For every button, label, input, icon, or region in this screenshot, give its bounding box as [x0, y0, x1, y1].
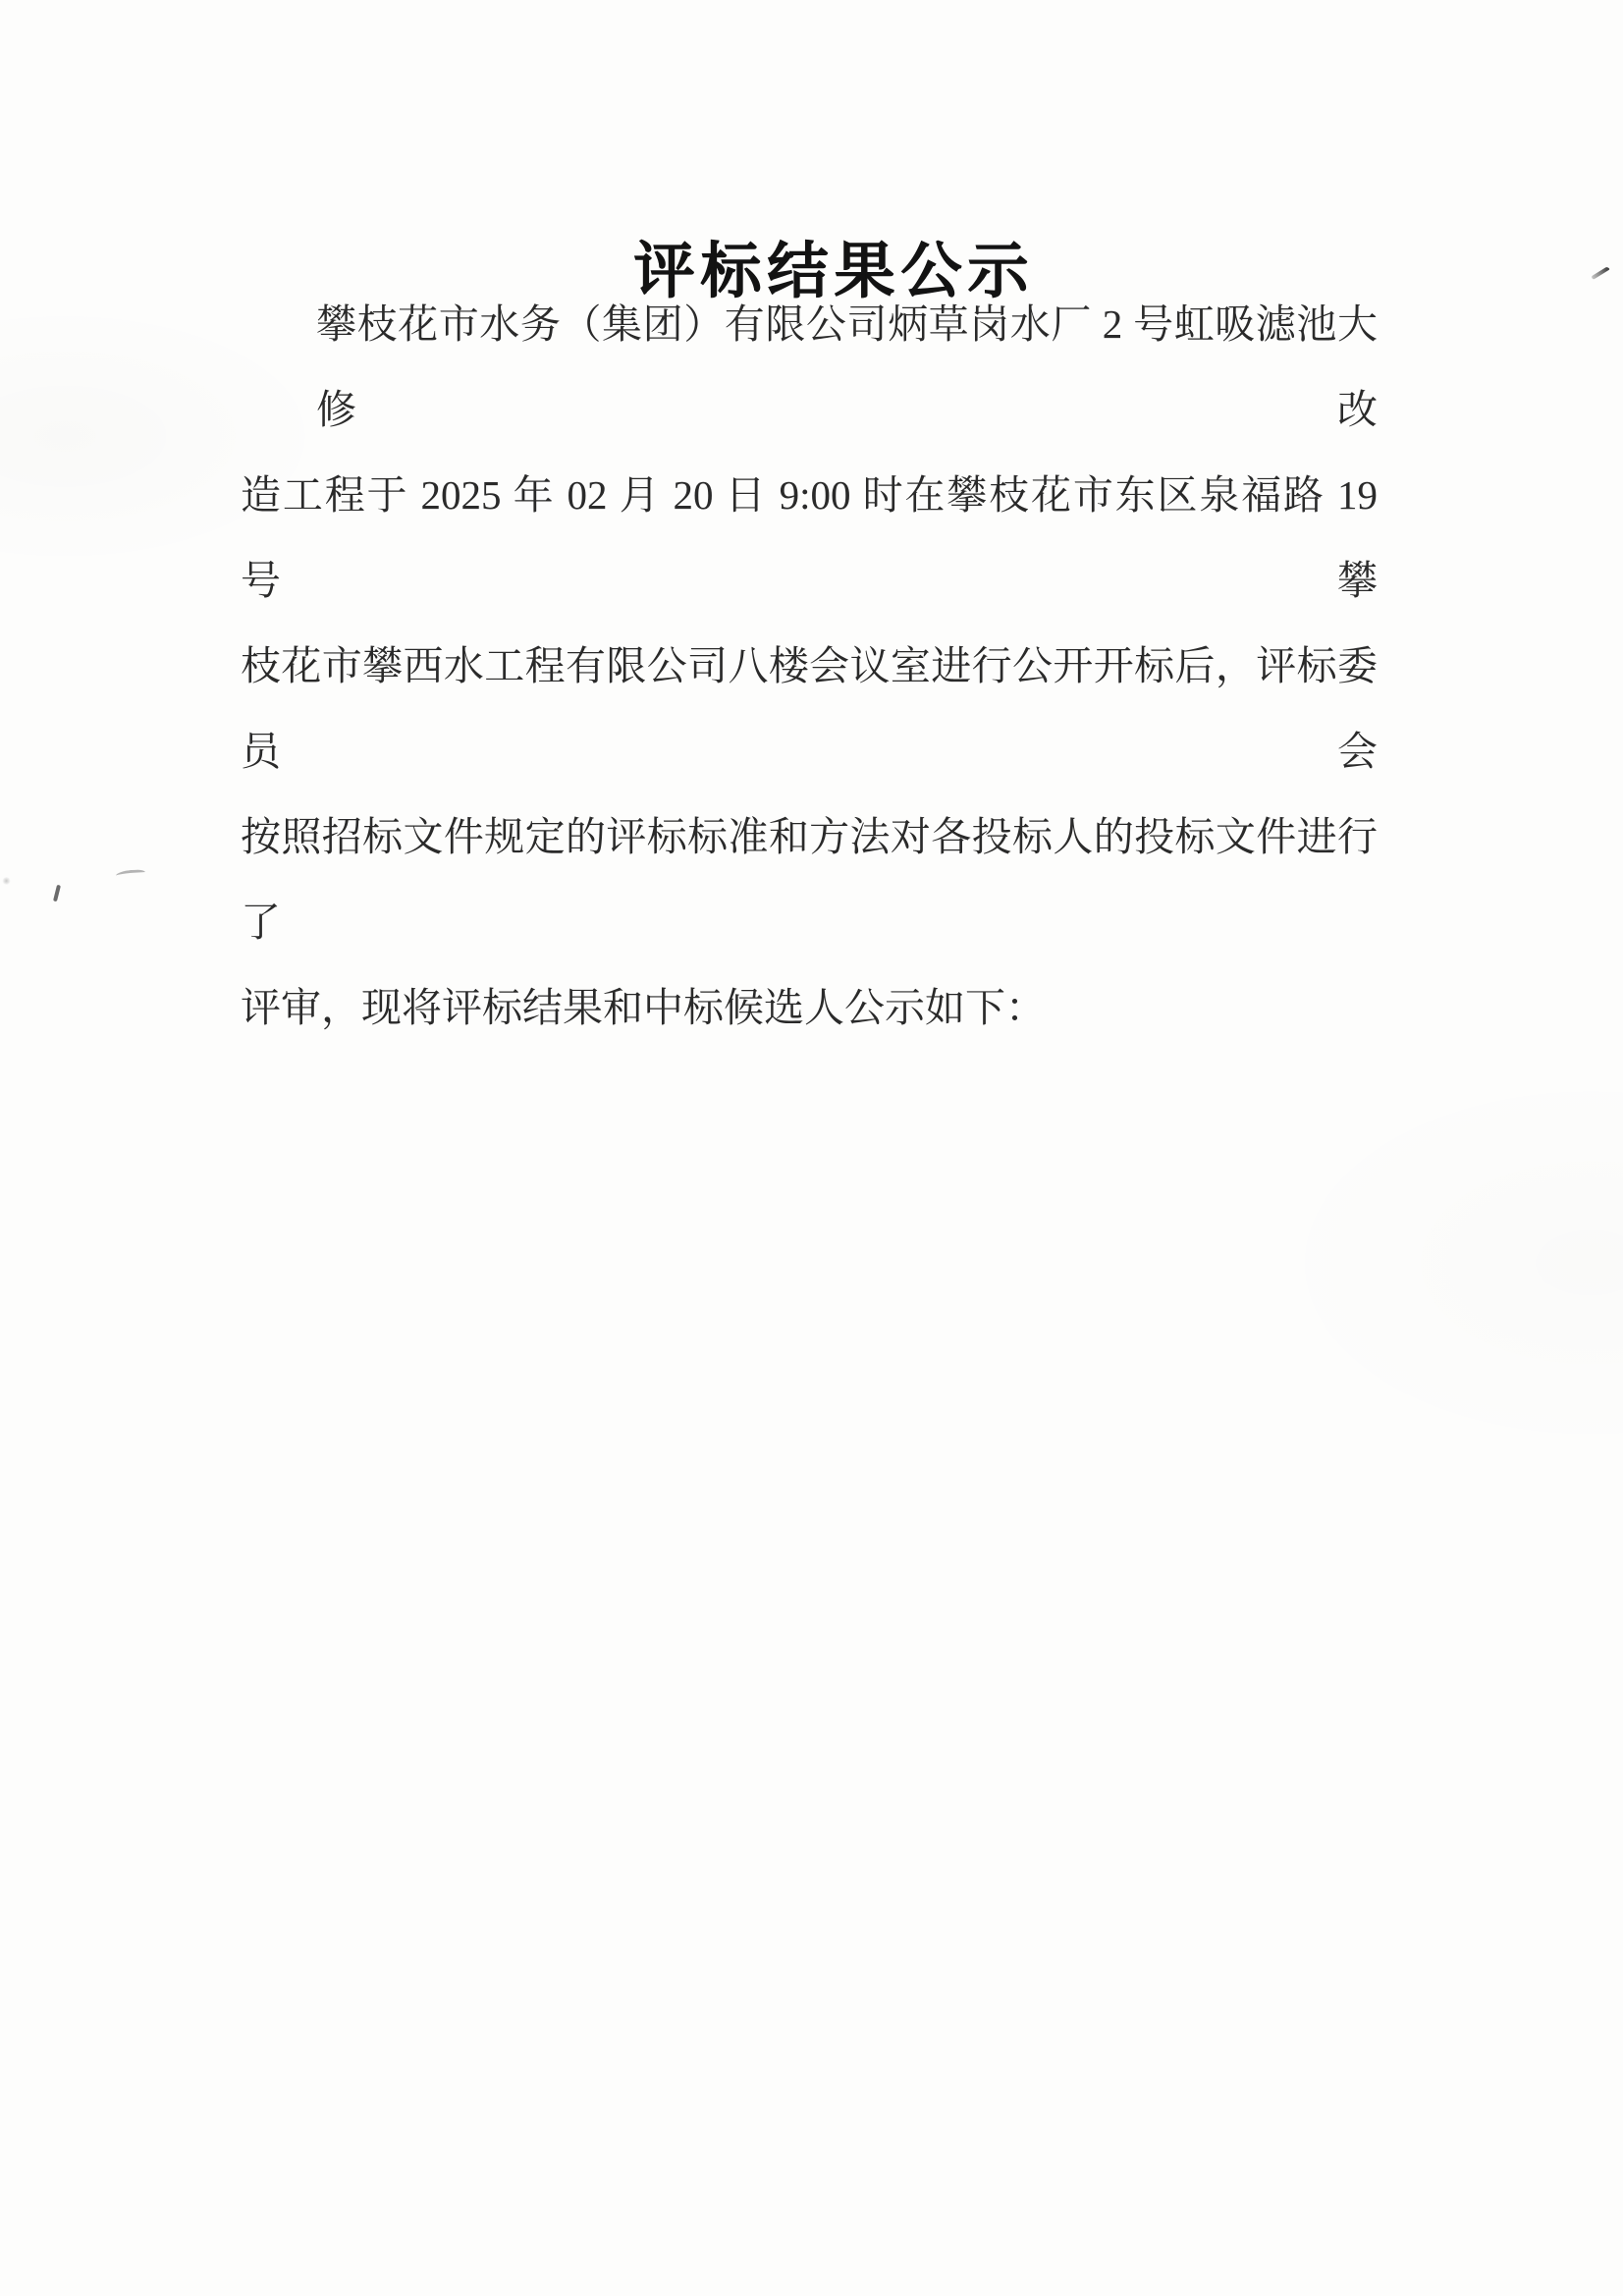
- paragraph-line: 按照招标文件规定的评标标准和方法对各投标人的投标文件进行了: [241, 794, 1378, 965]
- paragraph-line: 枝花市攀西水工程有限公司八楼会议室进行公开开标后，评标委员会: [241, 624, 1378, 794]
- scan-artifact-dot-mark: [2, 877, 11, 885]
- scanned-document-page: 评标结果公示 攀枝花市水务（集团）有限公司炳草岗水厂 2 号虹吸滤池大修改 造工…: [0, 0, 1623, 2296]
- scan-artifact-tilde-mark: [116, 869, 145, 879]
- scan-artifact-apostrophe-mark: [53, 885, 61, 902]
- announcement-paragraph: 攀枝花市水务（集团）有限公司炳草岗水厂 2 号虹吸滤池大修改 造工程于 2025…: [241, 282, 1378, 1051]
- paragraph-line: 攀枝花市水务（集团）有限公司炳草岗水厂 2 号虹吸滤池大修改: [241, 282, 1378, 453]
- paragraph-line: 造工程于 2025 年 02 月 20 日 9:00 时在攀枝花市东区泉福路 1…: [241, 453, 1378, 624]
- paragraph-line: 评审，现将评标结果和中标候选人公示如下：: [241, 965, 1378, 1051]
